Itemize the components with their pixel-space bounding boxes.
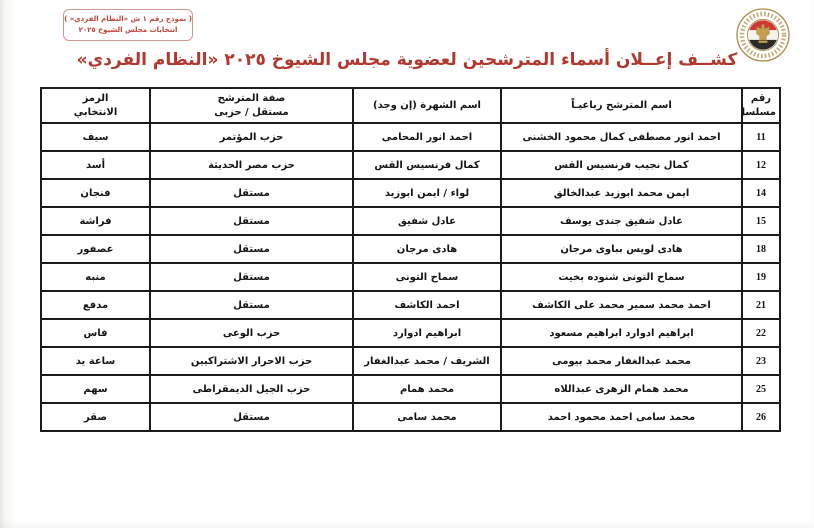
cell-capacity: مستقل — [150, 263, 353, 291]
cell-serial: 12 — [742, 151, 780, 179]
cell-candidate-name: محمد همام الزهرى عبداللاه — [501, 375, 742, 403]
cell-symbol: سيف — [41, 123, 150, 151]
cell-capacity: حزب مصر الحديثة — [150, 151, 353, 179]
cell-symbol: صقر — [41, 403, 150, 431]
table-row: 21 احمد محمد سمير محمد على الكاشف احمد ا… — [41, 291, 780, 319]
cell-symbol: أسد — [41, 151, 150, 179]
table-row: 19 سماح التونى شنوده بخيت سماح التونى مس… — [41, 263, 780, 291]
header-symbol: الرمز الانتخابي — [41, 88, 150, 123]
table-row: 11 احمد انور مصطفى كمال محمود الخشنى احم… — [41, 123, 780, 151]
cell-capacity: مستقل — [150, 235, 353, 263]
cell-symbol: مدفع — [41, 291, 150, 319]
cell-serial: 14 — [742, 179, 780, 207]
table-row: 23 محمد عبدالغفار محمد بيومى الشريف / مح… — [41, 347, 780, 375]
cell-serial: 19 — [742, 263, 780, 291]
cell-serial: 18 — [742, 235, 780, 263]
cell-candidate-name: عادل شفيق جندى يوسف — [501, 207, 742, 235]
table-row: 25 محمد همام الزهرى عبداللاه محمد همام ح… — [41, 375, 780, 403]
cell-symbol: فنجان — [41, 179, 150, 207]
cell-alias: محمد همام — [353, 375, 501, 403]
cell-serial: 26 — [742, 403, 780, 431]
cell-serial: 22 — [742, 319, 780, 347]
cell-candidate-name: ايمن محمد ابوزيد عبدالخالق — [501, 179, 742, 207]
cell-alias: كمال فرنسيس القس — [353, 151, 501, 179]
header-capacity: صفة المترشح مستقل / حزبى — [150, 88, 353, 123]
cell-capacity: مستقل — [150, 403, 353, 431]
table-row: 14 ايمن محمد ابوزيد عبدالخالق لواء / ايم… — [41, 179, 780, 207]
cell-symbol: فراشة — [41, 207, 150, 235]
cell-serial: 11 — [742, 123, 780, 151]
cell-alias: احمد الكاشف — [353, 291, 501, 319]
cell-candidate-name: احمد انور مصطفى كمال محمود الخشنى — [501, 123, 742, 151]
cell-alias: محمد سامى — [353, 403, 501, 431]
cell-alias: هادى مرجان — [353, 235, 501, 263]
cell-candidate-name: محمد سامى احمد محمود احمد — [501, 403, 742, 431]
page-title: كشــف إعــلان أسماء المترشحين لعضوية مجل… — [0, 50, 814, 70]
cell-candidate-name: سماح التونى شنوده بخيت — [501, 263, 742, 291]
cell-capacity: حزب الجيل الديمقراطى — [150, 375, 353, 403]
table-row: 12 كمال نجيب فرنسيس القس كمال فرنسيس الق… — [41, 151, 780, 179]
form-number-line2: انتخابات مجلس الشيوخ ٢٠٢٥ — [79, 25, 178, 36]
form-number-box: ( نموذج رقم ١ ش «النظام الفردي» ) انتخاب… — [63, 9, 193, 41]
header-alias: اسم الشهرة (إن وجد) — [353, 88, 501, 123]
cell-candidate-name: ابراهيم ادوارد ابراهيم مسعود — [501, 319, 742, 347]
cell-capacity: حزب المؤتمر — [150, 123, 353, 151]
cell-alias: عادل شفيق — [353, 207, 501, 235]
cell-capacity: حزب الاحرار الاشتراكيين — [150, 347, 353, 375]
table-header-row: رقم مسلسل اسم المترشح رباعيـاً اسم الشهر… — [41, 88, 780, 123]
cell-candidate-name: محمد عبدالغفار محمد بيومى — [501, 347, 742, 375]
header-candidate-name: اسم المترشح رباعيـاً — [501, 88, 742, 123]
cell-serial: 15 — [742, 207, 780, 235]
cell-symbol: فاس — [41, 319, 150, 347]
candidates-table: رقم مسلسل اسم المترشح رباعيـاً اسم الشهر… — [40, 87, 781, 432]
cell-alias: احمد انور المحامى — [353, 123, 501, 151]
cell-capacity: مستقل — [150, 207, 353, 235]
table-row: 26 محمد سامى احمد محمود احمد محمد سامى م… — [41, 403, 780, 431]
table-row: 18 هادى لويس بباوى مرجان هادى مرجان مستق… — [41, 235, 780, 263]
header-serial: رقم مسلسل — [742, 88, 780, 123]
cell-symbol: ساعة يد — [41, 347, 150, 375]
cell-capacity: حزب الوعى — [150, 319, 353, 347]
cell-alias: سماح التونى — [353, 263, 501, 291]
cell-capacity: مستقل — [150, 179, 353, 207]
table-row: 22 ابراهيم ادوارد ابراهيم مسعود ابراهيم … — [41, 319, 780, 347]
cell-symbol: سهم — [41, 375, 150, 403]
form-number-line1: ( نموذج رقم ١ ش «النظام الفردي» ) — [64, 14, 192, 25]
cell-serial: 23 — [742, 347, 780, 375]
cell-candidate-name: كمال نجيب فرنسيس القس — [501, 151, 742, 179]
cell-serial: 25 — [742, 375, 780, 403]
cell-serial: 21 — [742, 291, 780, 319]
candidates-tbody: 11 احمد انور مصطفى كمال محمود الخشنى احم… — [41, 123, 780, 431]
cell-symbol: عصفور — [41, 235, 150, 263]
cell-alias: الشريف / محمد عبدالغفار — [353, 347, 501, 375]
document-page: ( نموذج رقم ١ ش «النظام الفردي» ) انتخاب… — [0, 0, 814, 528]
cell-alias: لواء / ايمن ابوزيد — [353, 179, 501, 207]
cell-alias: ابراهيم ادوارد — [353, 319, 501, 347]
cell-capacity: مستقل — [150, 291, 353, 319]
cell-candidate-name: هادى لويس بباوى مرجان — [501, 235, 742, 263]
cell-symbol: منبه — [41, 263, 150, 291]
table-row: 15 عادل شفيق جندى يوسف عادل شفيق مستقل ف… — [41, 207, 780, 235]
cell-candidate-name: احمد محمد سمير محمد على الكاشف — [501, 291, 742, 319]
